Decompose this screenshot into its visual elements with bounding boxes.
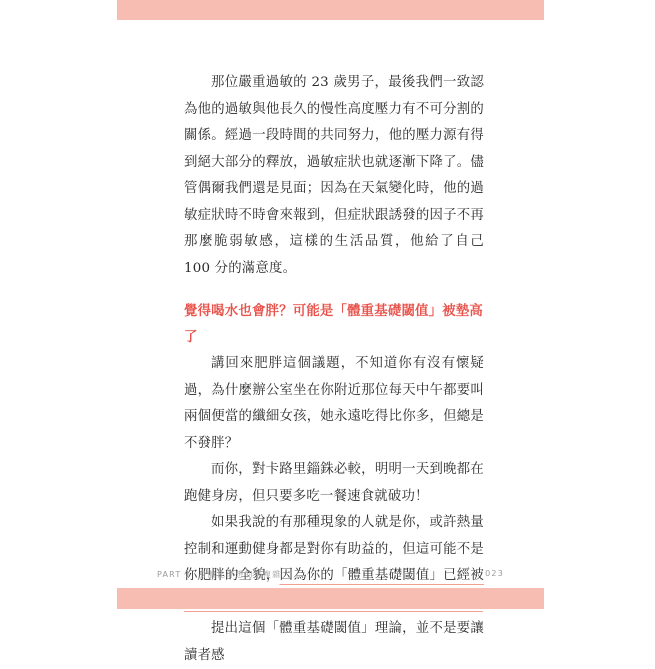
page-number: 023: [485, 569, 504, 578]
bottom-color-band: [117, 588, 544, 609]
paragraph: 那位嚴重過敏的 23 歲男子，最後我們一致認為他的過敏與他長久的慢性高度壓力有不…: [184, 70, 484, 282]
running-footer: PART 1身體比你想的更複雜: [157, 569, 281, 580]
top-color-band: [117, 0, 544, 20]
section-heading: 覺得喝水也會胖？可能是「體重基礎閾值」被墊高了: [184, 299, 484, 351]
book-page: 那位嚴重過敏的 23 歲男子，最後我們一致認為他的過敏與他長久的慢性高度壓力有不…: [117, 0, 544, 609]
chapter-title: 身體比你想的更複雜: [198, 570, 281, 579]
paragraph: 講回來肥胖這個議題，不知道你有沒有懷疑過，為什麼辦公室坐在你附近那位每天中午都要…: [184, 351, 484, 457]
page-body: 那位嚴重過敏的 23 歲男子，最後我們一致認為他的過敏與他長久的慢性高度壓力有不…: [184, 70, 484, 609]
part-label: PART 1: [157, 570, 191, 579]
paragraph: 而你，對卡路里錙銖必較，明明一天到晚都在跑健身房，但只要多吃一餐速食就破功！: [184, 457, 484, 510]
